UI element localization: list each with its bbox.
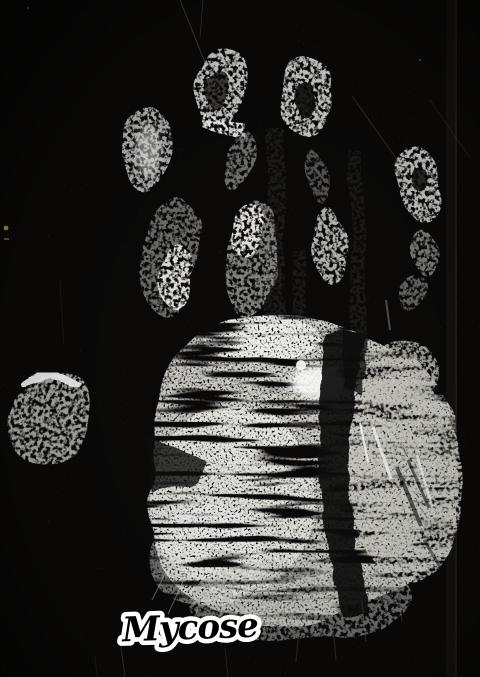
logo-badge: Mycose	[121, 606, 259, 651]
album-cover: Mycose	[0, 0, 480, 677]
logo-text: Mycose	[121, 606, 259, 651]
handprint-artwork: Mycose	[0, 0, 480, 677]
vignette	[0, 0, 480, 677]
